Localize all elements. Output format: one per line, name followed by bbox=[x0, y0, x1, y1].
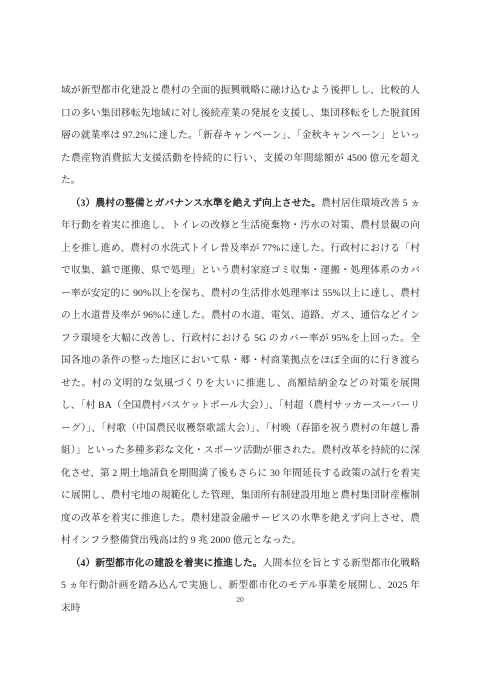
paragraph-text-run: 農村居住環境改善 5 ヵ年行動を着実に推進し、トイレの改修と生活廃棄物・汚水の対… bbox=[61, 198, 420, 547]
paragraph: 域が新型都市化建設と農村の全面的振興戦略に融け込むよう後押しし、比較的人口の多い… bbox=[61, 80, 420, 193]
paragraph-text-run: 域が新型都市化建設と農村の全面的振興戦略に融け込むよう後押しし、比較的人口の多い… bbox=[61, 85, 420, 186]
paragraph-heading-run: （3）農村の整備とガバナンス水準を絶えず向上させた。 bbox=[71, 198, 322, 209]
document-body: 域が新型都市化建設と農村の全面的振興戦略に融け込むよう後押しし、比較的人口の多い… bbox=[61, 80, 420, 620]
page-number: 20 bbox=[0, 594, 480, 606]
paragraph: （4）新型都市化の建設を着実に推進した。人間本位を旨とする新型都市化戦略 5 ヵ… bbox=[61, 553, 420, 621]
paragraph-heading-run: （4）新型都市化の建設を着実に推進した。 bbox=[71, 558, 263, 569]
document-page: 域が新型都市化建設と農村の全面的振興戦略に融け込むよう後押しし、比較的人口の多い… bbox=[0, 0, 480, 679]
paragraph: （3）農村の整備とガバナンス水準を絶えず向上させた。農村居住環境改善 5 ヵ年行… bbox=[61, 193, 420, 553]
